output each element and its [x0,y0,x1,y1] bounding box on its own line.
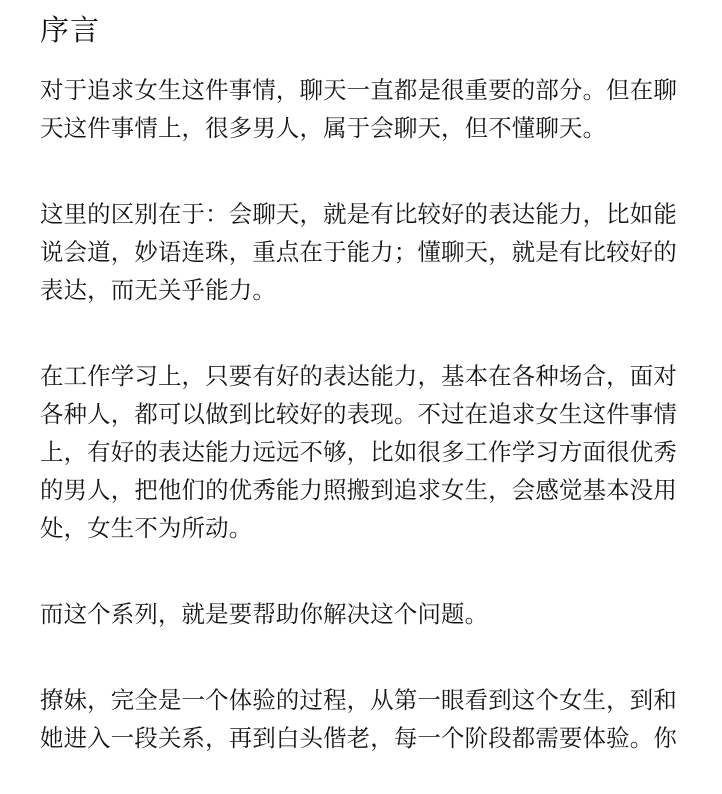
paragraph-1: 对于追求女生这件事情，聊天一直都是很重要的部分。但在聊天这件事情上，很多男人，属… [40,71,692,147]
paragraph-3: 在工作学习上，只要有好的表达能力，基本在各种场合，面对各种人，都可以做到比较好的… [40,357,692,547]
document-page: 序言 对于追求女生这件事情，聊天一直都是很重要的部分。但在聊天这件事情上，很多男… [40,0,692,757]
page-title: 序言 [40,12,692,48]
paragraph-5: 撩妹，完全是一个体验的过程，从第一眼看到这个女生，到和她进入一段关系，再到白头偕… [40,681,692,757]
paragraph-4: 而这个系列，就是要帮助你解决这个问题。 [40,595,692,633]
paragraph-2: 这里的区别在于：会聊天，就是有比较好的表达能力，比如能说会道，妙语连珠，重点在于… [40,195,692,309]
